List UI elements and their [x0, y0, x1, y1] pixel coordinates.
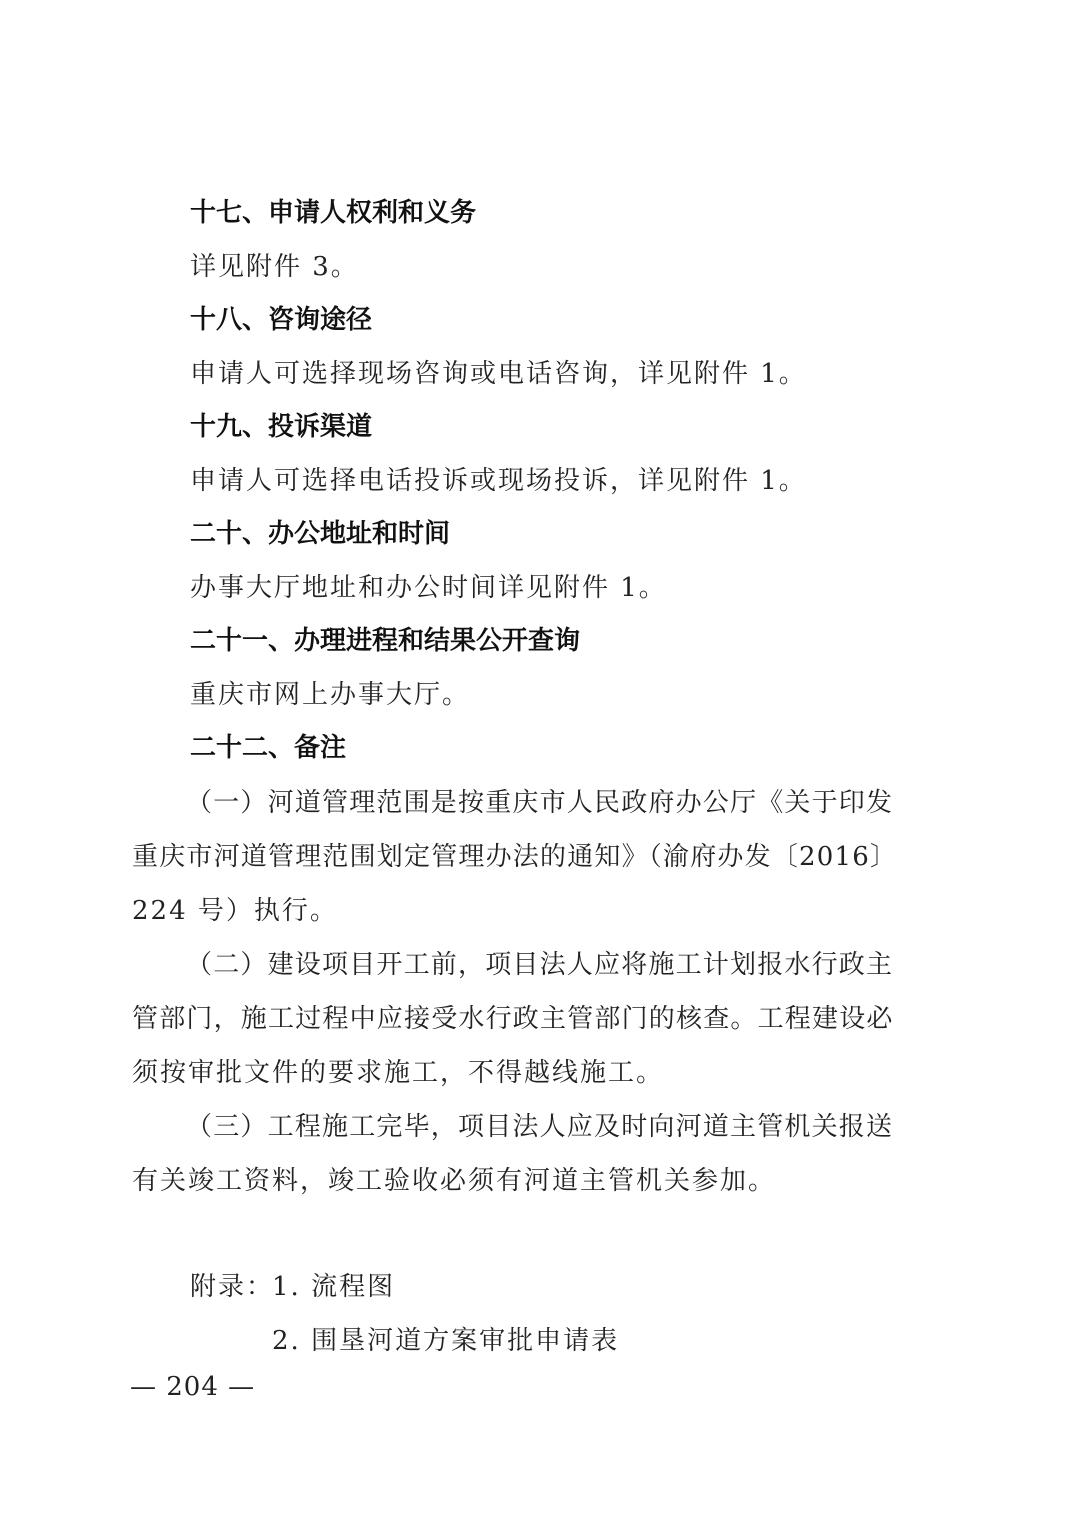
section-18-title: 十八、咨询途径: [190, 303, 372, 337]
section-19-title: 十九、投诉渠道: [190, 410, 372, 444]
section-20-title: 二十、办公地址和时间: [190, 517, 450, 551]
note-1-line-2: 重庆市河道管理范围划定管理办法的通知》（渝府办发〔2016〕: [132, 840, 897, 874]
note-2-line-2: 管部门，施工过程中应接受水行政主管部门的核查。工程建设必: [132, 1002, 894, 1036]
note-1-line-3: 224 号）执行。: [132, 894, 338, 928]
page-number: — 204 —: [130, 1370, 255, 1404]
section-17-content: 详见附件 3。: [190, 250, 359, 284]
note-2-line-1: （二）建设项目开工前，项目法人应将施工计划报水行政主: [186, 948, 893, 982]
section-21-content: 重庆市网上办事大厅。: [190, 678, 470, 712]
note-1-line-1: （一）河道管理范围是按重庆市人民政府办公厅《关于印发: [186, 786, 893, 820]
note-3-line-1: （三）工程施工完毕，项目法人应及时向河道主管机关报送: [186, 1110, 893, 1144]
section-17-title: 十七、申请人权利和义务: [190, 196, 476, 230]
section-19-content: 申请人可选择电话投诉或现场投诉，详见附件 1。: [190, 464, 807, 498]
appendix-item-1: 1. 流程图: [272, 1270, 395, 1304]
section-22-title: 二十二、备注: [190, 731, 346, 765]
note-3-line-2: 有关竣工资料，竣工验收必须有河道主管机关参加。: [132, 1164, 776, 1198]
note-2-line-3: 须按审批文件的要求施工，不得越线施工。: [132, 1056, 664, 1090]
appendix-item-2: 2. 围垦河道方案审批申请表: [272, 1324, 619, 1358]
section-21-title: 二十一、办理进程和结果公开查询: [190, 624, 580, 658]
appendix-label: 附录：: [190, 1270, 274, 1304]
section-20-content: 办事大厅地址和办公时间详见附件 1。: [190, 571, 667, 605]
section-18-content: 申请人可选择现场咨询或电话咨询，详见附件 1。: [190, 357, 807, 391]
